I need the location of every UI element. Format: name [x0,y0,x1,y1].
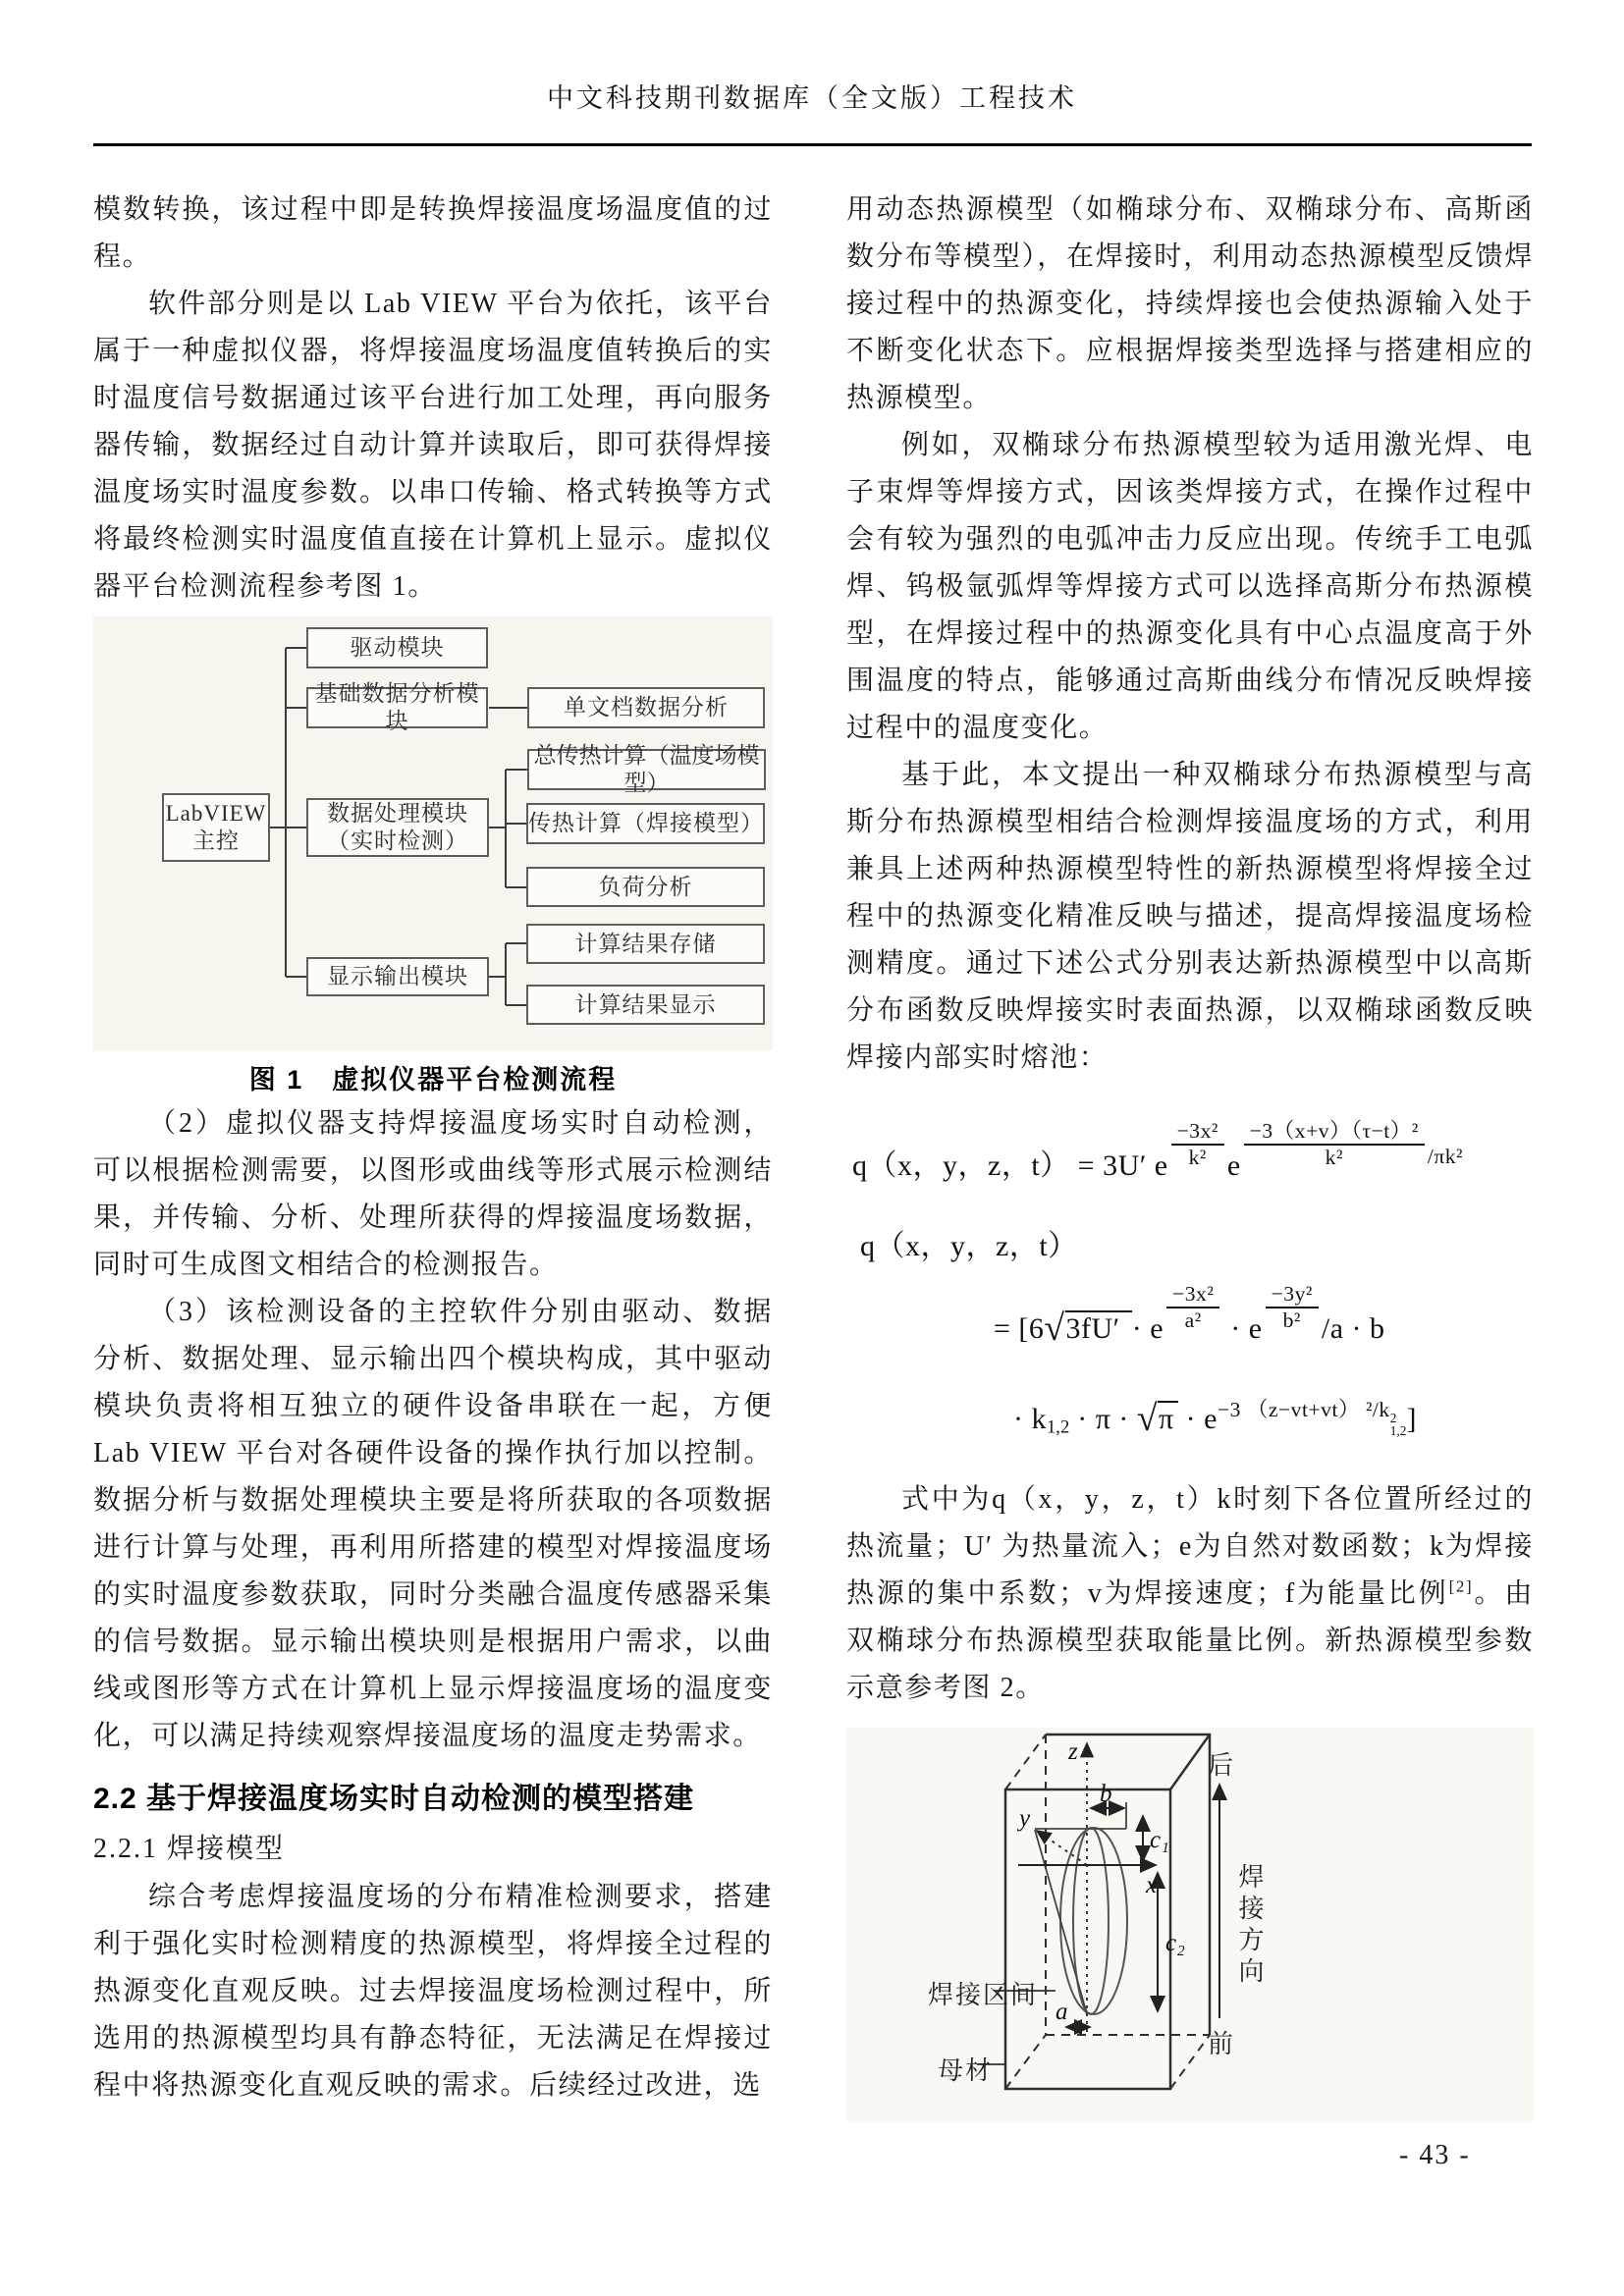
front-label: 前 [1208,2024,1235,2060]
exponent-text: −3 （z−vt+vt） ² [1218,1398,1373,1421]
equation-ellipsoid-line3: · k1,2 · π · √π · e−3 （z−vt+vt） ²/k21,2] [1013,1378,1534,1460]
node-label: 驱动模块 [351,634,445,662]
radicand: 3fU′ [1065,1310,1132,1345]
y-axis-label: y [1016,1805,1031,1832]
dimension-c2-label: c₂ [1165,1930,1185,1956]
k-sub: 1,2 [1390,1424,1407,1437]
figure1-flowchart: LabVIEW 主控 驱动模块 基础数据分析模块 数据处理模块 （实时检测） 显… [93,616,773,1050]
paragraph: 综合考虑焊接温度场的分布精准检测要求，搭建利于强化实时检测精度的热源模型，将焊接… [93,1874,773,2109]
fraction-numerator: −3x² [1171,1119,1224,1146]
weld-zone-label: 焊接区间 [928,1975,1038,2011]
paragraph: （2）虚拟仪器支持焊接温度场实时自动检测，可以根据检测需要，以图形或曲线等形式展… [93,1100,773,1289]
fraction-numerator: −3（x+v）（τ−t）² [1244,1119,1425,1146]
z-axis-label: z [1067,1738,1078,1765]
radical-sign: √ [1137,1399,1158,1439]
exponent-fraction: −3x²a² [1166,1282,1219,1332]
flowchart-root-node: LabVIEW 主控 [162,793,270,862]
root-label-line1: LabVIEW [166,800,267,828]
flowchart-node-data-processing: 数据处理模块 （实时检测） [306,798,489,857]
fraction-denominator: k² [1244,1146,1425,1169]
equation-gauss-surface: q（x，y，z，t） = 3U′ e−3x²k²e−3（x+v）（τ−t）²k²… [852,1107,1534,1215]
paragraph: 式中为q（x，y，z，t）k时刻下各位置所经过的热流量；U′ 为热量流入；e为自… [846,1476,1534,1712]
equation-ellipsoid-line2: = [6√3fU′ · e−3x²a² · e−3y²b²/a · b [994,1282,1534,1376]
fraction-numerator: −3y² [1266,1282,1319,1308]
flowchart-node-basic-analysis: 基础数据分析模块 [306,687,488,728]
exponent-fraction: −3y²b² [1266,1282,1319,1332]
formula-e: · e [1222,1312,1262,1345]
root-label-line2: 主控 [192,828,240,855]
x-axis-label: x [1145,1872,1157,1898]
k-sup-sub: 21,2 [1390,1412,1407,1438]
formula-e: · e [1132,1312,1164,1345]
page-number: - 43 - [1399,2140,1471,2171]
paragraph: 用动态热源模型（如椭球分布、双椭球分布、高斯函数分布等模型），在焊接时，利用动态… [846,187,1534,422]
flowchart-node-total-heat: 总传热计算（温度场模型） [527,749,766,790]
radical: √π [1137,1403,1178,1435]
formula-tail: /πk² [1428,1145,1463,1168]
node-label: 数据处理模块 [327,800,468,828]
node-label: 总传热计算（温度场模型） [529,742,764,797]
paper-page: 中文科技期刊数据库（全文版）工程技术 模数转换，该过程中即是转换焊接温度场温度值… [0,0,1624,2296]
paragraph: 软件部分则是以 Lab VIEW 平台为依托，该平台属于一种虚拟仪器，将焊接温度… [93,281,773,611]
flowchart-node-display-output: 显示输出模块 [306,957,489,996]
flowchart-node-result-storage: 计算结果存储 [526,924,765,964]
formula-e: e [1155,1149,1168,1182]
subsection-heading-2-2-1: 2.2.1 焊接模型 [93,1827,773,1866]
fraction-denominator: b² [1266,1308,1319,1332]
node-label: 基础数据分析模块 [308,680,486,735]
radical-sign: √ [1044,1308,1064,1349]
flowchart-node-result-display: 计算结果显示 [526,985,765,1025]
flowchart-node-heat-calc: 传热计算（焊接模型） [526,803,765,844]
k-subscript: 1,2 [1047,1416,1069,1437]
citation-2: [2] [1449,1577,1474,1596]
dimension-b-label: b [1100,1781,1112,1807]
paragraph: （3）该检测设备的主控软件分别由驱动、数据分析、数据处理、显示输出四个模块构成，… [93,1289,773,1760]
rear-label: 后 [1208,1745,1235,1782]
flowchart-node-driver: 驱动模块 [306,627,488,668]
section-heading-2-2: 2.2 基于焊接温度场实时自动检测的模型搭建 [93,1774,773,1817]
radical: √3fU′ [1044,1312,1131,1345]
formula-k: · k [1013,1403,1047,1435]
radicand: π [1158,1401,1178,1435]
base-metal-label: 母材 [938,2051,993,2087]
formula-e: e [1227,1149,1241,1182]
dimension-c1-label: c₁ [1150,1827,1169,1853]
paragraph: 模数转换，该过程中即是转换焊接温度场温度值的过程。 [93,187,773,281]
journal-header: 中文科技期刊数据库（全文版）工程技术 [0,77,1624,115]
fraction-denominator: a² [1166,1308,1219,1332]
flowchart-node-single-doc: 单文档数据分析 [527,687,765,728]
node-label: 计算结果显示 [575,991,717,1019]
formula-pi: · π · [1069,1403,1137,1435]
node-label: 单文档数据分析 [564,694,729,721]
node-label: 传热计算（焊接模型） [528,810,763,837]
formula-e: · e [1178,1403,1218,1435]
formula-lhs: q（x，y，z，t） = 3U′ [852,1149,1155,1182]
right-column: 用动态热源模型（如椭球分布、双椭球分布、高斯函数分布等模型），在焊接时，利用动态… [846,157,1534,2140]
paragraph-text: 式中为q（x，y，z，t）k时刻下各位置所经过的热流量；U′ 为热量流入；e为自… [846,1484,1534,1609]
node-label: （实时检测） [327,828,468,855]
node-label: 显示输出模块 [327,963,468,990]
fraction-numerator: −3x² [1166,1282,1219,1308]
k-sup: 2 [1390,1412,1397,1424]
paragraph: 例如，双椭球分布热源模型较为适用激光焊、电子束焊等焊接方式，因该类焊接方式，在操… [846,422,1534,752]
exponent-text: /k [1373,1398,1390,1421]
closing-bracket: ] [1406,1403,1417,1435]
formula-eq: = [6 [994,1312,1044,1345]
exponent: −3 （z−vt+vt） ²/k21,2 [1218,1398,1406,1421]
exponent-fraction: −3（x+v）（τ−t）²k² [1244,1119,1425,1169]
node-label: 计算结果存储 [575,931,717,958]
flowchart-node-load-analysis: 负荷分析 [526,867,765,907]
fraction-denominator: k² [1171,1146,1224,1169]
dimension-a-label: a [1056,1999,1068,2025]
equation-ellipsoid-lhs: q（x，y，z，t） [860,1221,1534,1272]
figure2-heat-source-model: z y x b c₁ c₂ a 焊接区间 母材 后 前 焊接方向 [846,1728,1534,2122]
figure1-caption: 图 1 虚拟仪器平台检测流程 [93,1058,773,1096]
left-column: 模数转换，该过程中即是转换焊接温度场温度值的过程。 软件部分则是以 Lab VI… [93,157,773,2140]
exponent-fraction: −3x²k² [1171,1119,1224,1169]
paragraph: 基于此，本文提出一种双椭球分布热源模型与高斯分布热源模型相结合检测焊接温度场的方… [846,752,1534,1082]
formula-tail: /a · b [1322,1312,1385,1345]
node-label: 负荷分析 [599,874,693,901]
welding-direction-label: 焊接方向 [1231,1863,1268,1989]
header-divider [93,143,1532,146]
